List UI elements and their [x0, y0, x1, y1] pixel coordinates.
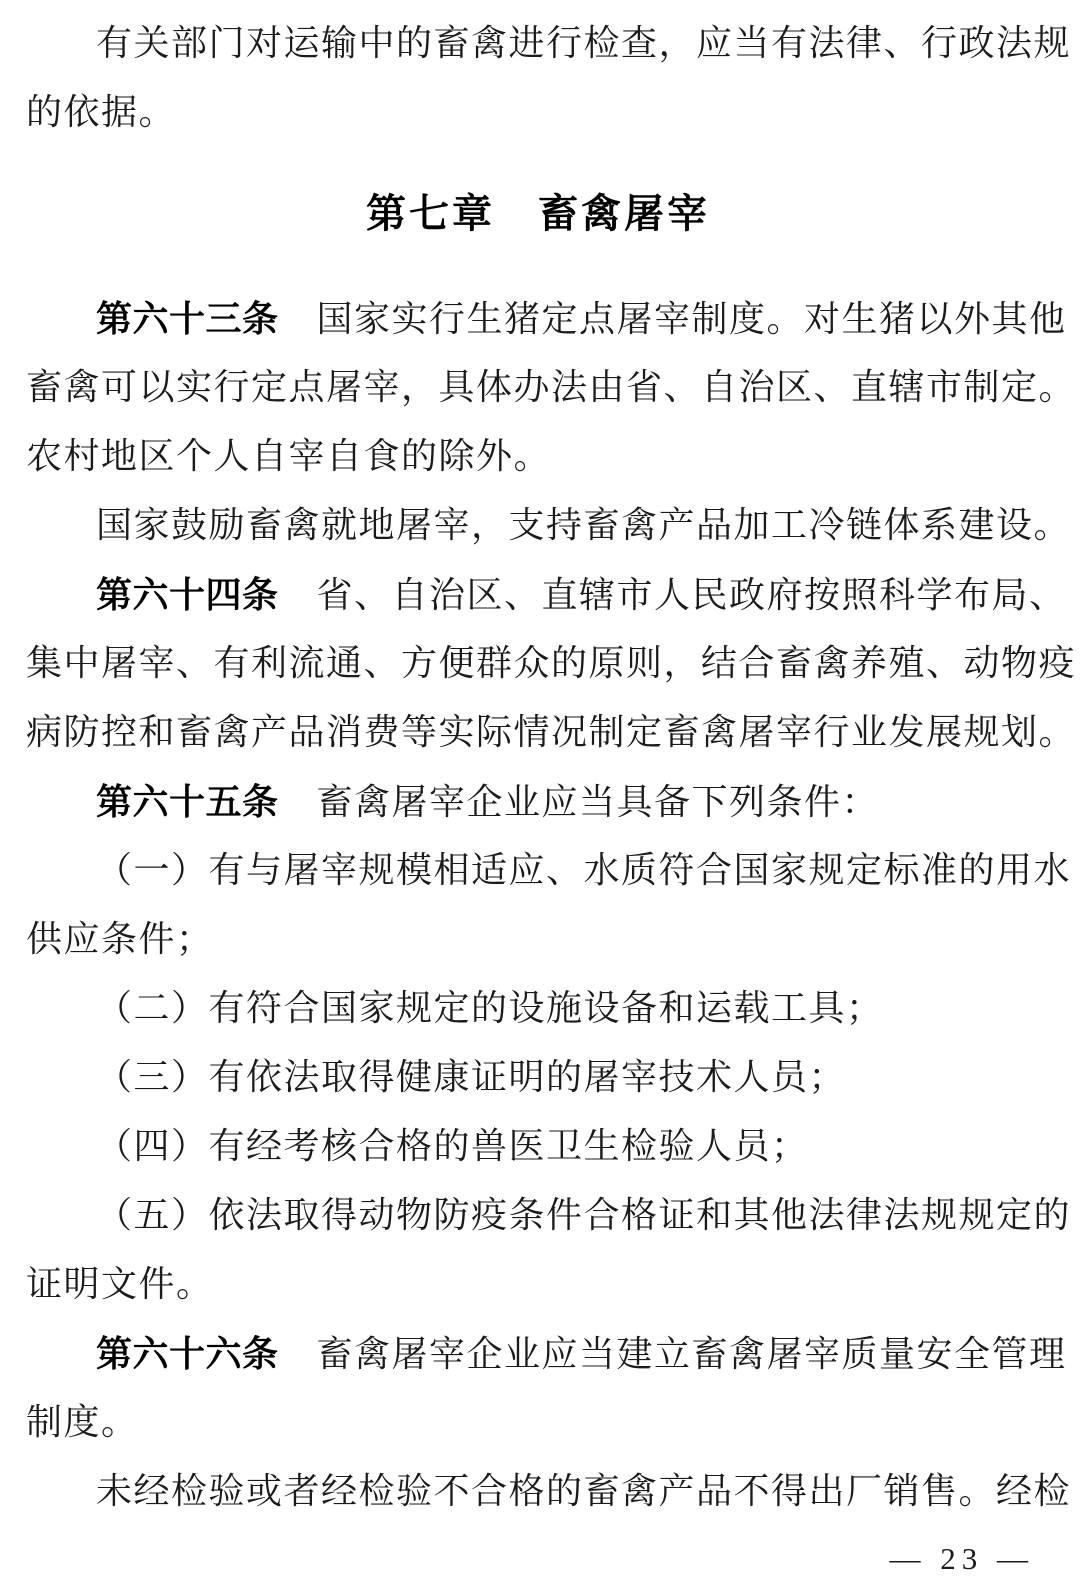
article-number: 第六十六条: [96, 1333, 279, 1374]
line-text: 有关部门对运输中的畜禽进行检查，应当有法律、行政法规: [96, 23, 1071, 63]
line-text: （四）有经考核合格的兽医卫生检验人员；: [96, 1126, 809, 1166]
doc-line: 第六十五条畜禽屠宰企业应当具备下列条件：: [26, 783, 1050, 820]
line-text: （三）有依法取得健康证明的屠宰技术人员；: [96, 1057, 846, 1097]
document-page: 有关部门对运输中的畜禽进行检查，应当有法律、行政法规 的依据。 第七章 畜禽屠宰…: [0, 0, 1080, 1596]
article-number: 第六十五条: [96, 781, 279, 822]
doc-line: 有关部门对运输中的畜禽进行检查，应当有法律、行政法规: [26, 25, 1050, 62]
line-text: 集中屠宰、有利流通、方便群众的原则，结合畜禽养殖、动物疫: [26, 643, 1076, 683]
doc-line: 未经检验或者经检验不合格的畜禽产品不得出厂销售。经检: [26, 1473, 1050, 1510]
line-text: 农村地区个人自宰自食的除外。: [26, 436, 551, 476]
doc-line: （三）有依法取得健康证明的屠宰技术人员；: [26, 1059, 1050, 1096]
doc-line: 供应条件；: [26, 921, 1050, 958]
doc-line: 第六十四条省、自治区、直辖市人民政府按照科学布局、: [26, 576, 1050, 613]
doc-line: 第六十三条国家实行生猪定点屠宰制度。对生猪以外其他: [26, 300, 1050, 337]
doc-line: （二）有符合国家规定的设施设备和运载工具；: [26, 990, 1050, 1027]
article-number: 第六十四条: [96, 574, 279, 615]
doc-line: （五）依法取得动物防疫条件合格证和其他法律法规规定的: [26, 1197, 1050, 1234]
line-text: 制度。: [26, 1402, 139, 1442]
line-text: 畜禽可以实行定点屠宰，具体办法由省、自治区、直辖市制定。: [26, 367, 1076, 407]
line-text: 病防控和畜禽产品消费等实际情况制定畜禽屠宰行业发展规划。: [26, 712, 1076, 752]
doc-line: 制度。: [26, 1404, 1050, 1441]
line-text: 国家鼓励畜禽就地屠宰，支持畜禽产品加工冷链体系建设。: [96, 505, 1071, 545]
doc-line: 集中屠宰、有利流通、方便群众的原则，结合畜禽养殖、动物疫: [26, 645, 1050, 682]
line-text: 省、自治区、直辖市人民政府按照科学布局、: [317, 575, 1067, 615]
page-number: — 23 —: [26, 1542, 1050, 1576]
doc-line: 病防控和畜禽产品消费等实际情况制定畜禽屠宰行业发展规划。: [26, 714, 1050, 751]
line-text: 国家实行生猪定点屠宰制度。对生猪以外其他: [317, 299, 1067, 339]
line-text: 未经检验或者经检验不合格的畜禽产品不得出厂销售。经检: [96, 1471, 1071, 1511]
line-text: （五）依法取得动物防疫条件合格证和其他法律法规规定的: [96, 1195, 1071, 1235]
doc-line: 第六十六条畜禽屠宰企业应当建立畜禽屠宰质量安全管理: [26, 1335, 1050, 1372]
line-text: 供应条件；: [26, 919, 214, 959]
line-text: 证明文件。: [26, 1264, 214, 1304]
doc-line: 国家鼓励畜禽就地屠宰，支持畜禽产品加工冷链体系建设。: [26, 507, 1050, 544]
doc-line: 畜禽可以实行定点屠宰，具体办法由省、自治区、直辖市制定。: [26, 369, 1050, 406]
article-number: 第六十三条: [96, 298, 279, 339]
line-text: （二）有符合国家规定的设施设备和运载工具；: [96, 988, 884, 1028]
line-text: 的依据。: [26, 92, 176, 132]
doc-line: （一）有与屠宰规模相适应、水质符合国家规定标准的用水: [26, 852, 1050, 889]
doc-line: （四）有经考核合格的兽医卫生检验人员；: [26, 1128, 1050, 1165]
line-text: 畜禽屠宰企业应当建立畜禽屠宰质量安全管理: [317, 1334, 1067, 1374]
doc-line: 证明文件。: [26, 1266, 1050, 1303]
line-text: （一）有与屠宰规模相适应、水质符合国家规定标准的用水: [96, 850, 1071, 890]
line-text: 畜禽屠宰企业应当具备下列条件：: [317, 782, 880, 822]
chapter-heading: 第七章 畜禽屠宰: [26, 194, 1050, 234]
doc-line: 农村地区个人自宰自食的除外。: [26, 438, 1050, 475]
doc-line: 的依据。: [26, 94, 1050, 131]
